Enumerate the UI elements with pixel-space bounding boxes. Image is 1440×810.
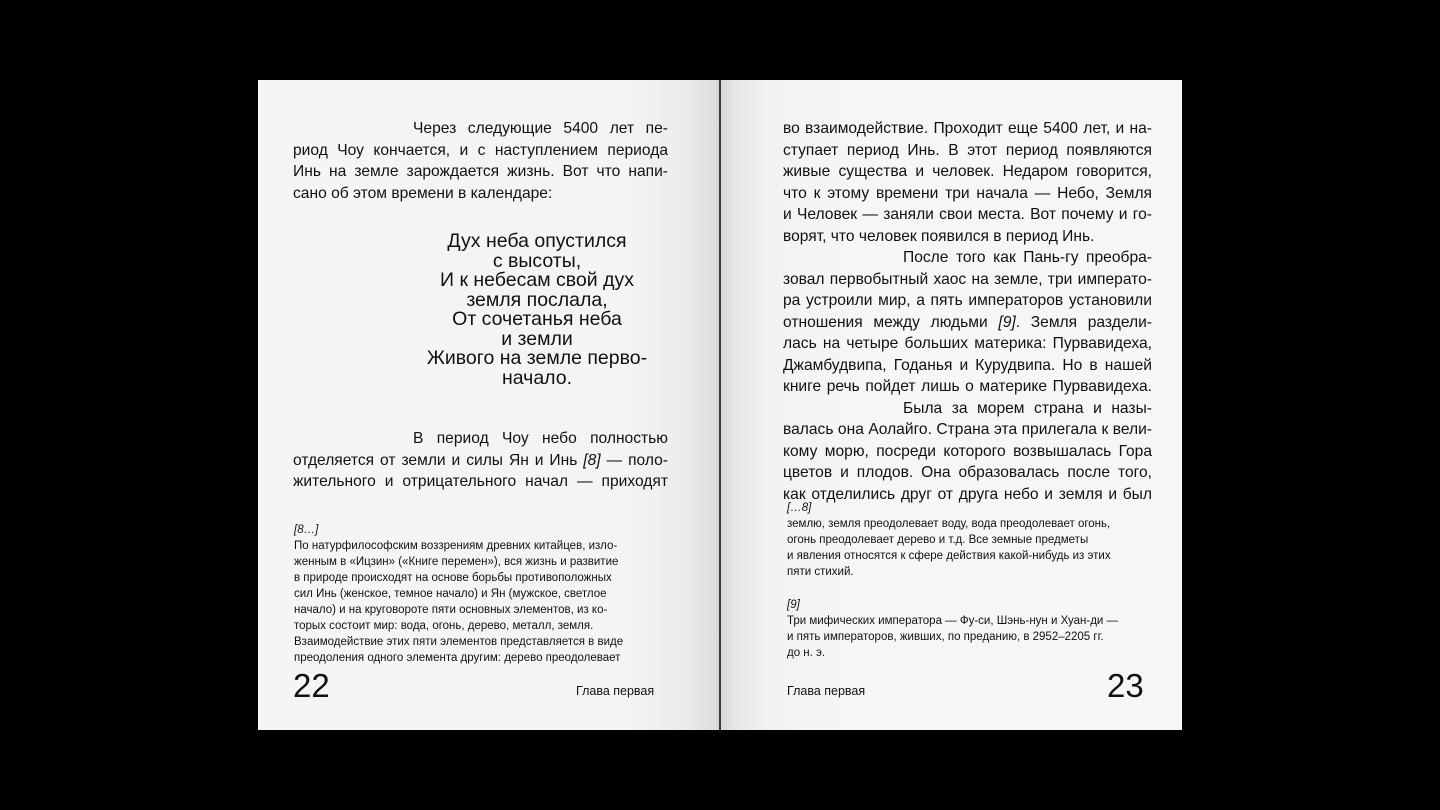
footnote-line: и пять императоров, живших, по преданию,… — [787, 629, 1118, 645]
text-line: сано об этом времени в календаре: — [293, 183, 668, 205]
footnote-line: до н. э. — [787, 645, 1118, 661]
poem-line: начало. — [408, 369, 666, 389]
text-line: Через следующие 5400 лет пе- — [293, 118, 668, 140]
footnote-ref: […8] — [787, 500, 1111, 516]
poem-line: От сочетанья неба — [408, 310, 666, 330]
text-line: лась на четыре больших материка: Пурвави… — [783, 333, 1152, 355]
text-line: во взаимодействие. Проходит еще 5400 лет… — [783, 118, 1152, 140]
text-line: отношения между людьми [9]. Земля раздел… — [783, 312, 1152, 334]
text-line: риод Чоу кончается, и с наступлением пер… — [293, 140, 668, 162]
text-line: живые существа и человек. Недаром говори… — [783, 161, 1152, 183]
left-page: Через следующие 5400 лет пе- риод Чоу ко… — [258, 80, 720, 730]
left-body-top: Через следующие 5400 лет пе- риод Чоу ко… — [293, 118, 668, 204]
text-line: ступает период Инь. В этот период появля… — [783, 140, 1152, 162]
text-line: жительного и отрицательного начал — прих… — [293, 471, 668, 493]
footnote-line: женным в «Ицзин» («Книге перемен»), вся … — [294, 554, 674, 570]
footnote-8-continued: […8] землю, земля преодолевает воду, вод… — [787, 500, 1111, 580]
text-span: . Земля раздели- — [1016, 314, 1152, 331]
footnote-line: Взаимодействие этих пяти элементов предс… — [294, 634, 674, 650]
footnote-reference-8[interactable]: [8] — [583, 452, 600, 469]
text-line: и Человек — заняли свои места. Вот почем… — [783, 204, 1152, 226]
footnote-line: Три мифических императора — Фу-си, Шэнь-… — [787, 613, 1118, 629]
text-line: После того как Пань-гу преобра- — [783, 247, 1152, 269]
page-number: 22 — [293, 669, 330, 702]
footnote-line: начало) и на круговороте пяти основных э… — [294, 602, 674, 618]
text-span: отношения между людьми — [783, 314, 998, 331]
poem-line: Дух неба опустился — [408, 232, 666, 252]
footnote-line: землю, земля преодолевает воду, вода пре… — [787, 516, 1111, 532]
running-head: Глава первая — [787, 684, 865, 698]
footnote-9: [9] Три мифических императора — Фу-си, Ш… — [787, 597, 1118, 661]
footnote-line: огонь преодолевает дерево и т.д. Все зем… — [787, 532, 1111, 548]
footnote-line: торых состоит мир: вода, огонь, дерево, … — [294, 618, 674, 634]
footnote-line: пяти стихий. — [787, 564, 1111, 580]
text-line: отделяется от земли и силы Ян и Инь [8] … — [293, 450, 668, 472]
poem: Дух неба опустился с высоты, И к небесам… — [408, 232, 666, 388]
text-line: Джамбудвипа, Годанья и Курудвипа. Но в н… — [783, 355, 1152, 377]
poem-line: И к небесам свой дух — [408, 271, 666, 291]
page-number: 23 — [1107, 669, 1144, 702]
footnote-line: сил Инь (женское, темное начало) и Ян (м… — [294, 586, 674, 602]
left-body-bottom: В период Чоу небо полностью отделяется о… — [293, 428, 668, 493]
text-line: Была за морем страна и назы- — [783, 398, 1152, 420]
footnote-ref: [8…] — [294, 522, 674, 538]
text-line: В период Чоу небо полностью — [293, 428, 668, 450]
text-line: книге речь пойдет лишь о материке Пурвав… — [783, 376, 1152, 398]
poem-line: Живого на земле перво- — [408, 349, 666, 369]
text-span: отделяется от земли и силы Ян и Инь — [293, 452, 583, 469]
footnote-line: По натурфилософским воззрениям древних к… — [294, 538, 674, 554]
footnote-line: преодоления одного элемента другим: дере… — [294, 650, 674, 666]
footnote-line: в природе происходят на основе борьбы пр… — [294, 570, 674, 586]
running-head: Глава первая — [576, 684, 654, 698]
text-line: валась она Аолайго. Страна эта прилегала… — [783, 419, 1152, 441]
text-line: ра устроили мир, а пять императоров уста… — [783, 290, 1152, 312]
text-line: Инь на земле зарождается жизнь. Вот что … — [293, 161, 668, 183]
text-line: зовал первобытный хаос на земле, три имп… — [783, 269, 1152, 291]
footnote-reference-9[interactable]: [9] — [998, 314, 1015, 331]
text-line: кому морю, посреди которого возвышалась … — [783, 441, 1152, 463]
right-body: во взаимодействие. Проходит еще 5400 лет… — [783, 118, 1152, 505]
text-line: цветов и плодов. Она образовалась после … — [783, 462, 1152, 484]
footnote-8: [8…] По натурфилософским воззрениям древ… — [294, 522, 674, 666]
book-spread: Через следующие 5400 лет пе- риод Чоу ко… — [258, 80, 1182, 730]
footnote-line: и явления относятся к сфере действия как… — [787, 548, 1111, 564]
text-span: — поло- — [601, 452, 668, 469]
text-line: что к этому времени три начала — Небо, З… — [783, 183, 1152, 205]
right-page: во взаимодействие. Проходит еще 5400 лет… — [721, 80, 1182, 730]
text-line: ворят, что человек появился в период Инь… — [783, 226, 1152, 248]
footnote-ref: [9] — [787, 597, 1118, 613]
